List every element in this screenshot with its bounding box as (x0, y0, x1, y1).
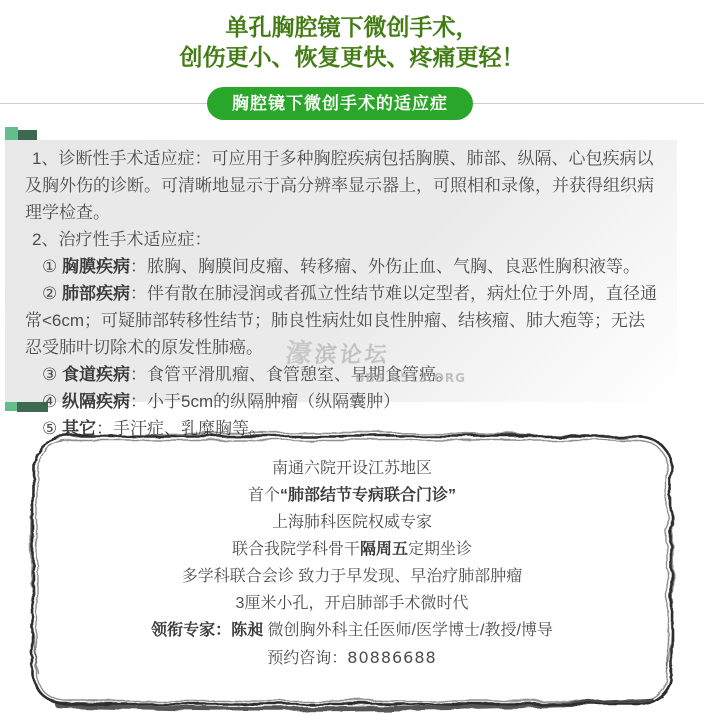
promo-text: 南通六院开设江苏地区 首个“肺部结节专病联合门诊” 上海肺科医院权威专家 联合我… (17, 455, 687, 672)
indication-sub-mediastinum: ④ 纵隔疾病：小于5cm的纵隔肿瘤（纵隔囊肿） (25, 388, 659, 415)
page-title: 单孔胸腔镜下微创手术， 创伤更小、恢复更快、疼痛更轻！ (0, 13, 704, 73)
promo-line-mdt: 多学科联合会诊 致力于早发现、早治疗肺部肿瘤 (17, 563, 687, 590)
promo-line-booking: 预约咨询：80886688 (17, 644, 687, 672)
item-text: ：食管平滑肌瘤、食管憩室、早期食管癌。 (130, 365, 453, 384)
item-label: 纵隔疾病 (62, 392, 130, 411)
indication-diagnostic: 1、诊断性手术适应症：可应用于多种胸腔疾病包括胸膜、肺部、纵隔、心包疾病以及胸外… (25, 145, 659, 226)
item-label: 食道疾病 (62, 365, 130, 384)
item-number: ① (42, 257, 57, 276)
indications-section: 1、诊断性手术适应症：可应用于多种胸腔疾病包括胸膜、肺部、纵隔、心包疾病以及胸外… (0, 127, 704, 417)
page-title-line-2: 创伤更小、恢复更快、疼痛更轻！ (0, 43, 704, 73)
promo-line-incision: 3厘米小孔，开启肺部手术微时代 (17, 590, 687, 617)
indication-sub-esophagus: ③ 食道疾病：食管平滑肌瘤、食管憩室、早期食管癌。 (25, 361, 659, 388)
promo-line-schedule: 联合我院学科骨干隔周五定期坐诊 (17, 536, 687, 563)
promo-line-clinic: 首个“肺部结节专病联合门诊” (17, 482, 687, 509)
indication-sub-pleural: ① 胸膜疾病：脓胸、胸膜间皮瘤、转移瘤、外伤止血、气胸、良恶性胸积液等。 (25, 253, 659, 280)
item-label: 肺部疾病 (62, 284, 130, 303)
indication-therapeutic-heading: 2、治疗性手术适应症： (25, 226, 659, 253)
item-number: ③ (42, 365, 57, 384)
item-text: ：小于5cm的纵隔肿瘤（纵隔囊肿） (130, 392, 400, 411)
promo-line-region: 南通六院开设江苏地区 (17, 455, 687, 482)
booking-phone-number: 80886688 (347, 648, 436, 667)
section-banner: 胸腔镜下微创手术的适应症 (207, 87, 473, 120)
section-banner-row: 胸腔镜下微创手术的适应症 (0, 87, 704, 121)
promo-line-experts: 上海肺科医院权威专家 (17, 509, 687, 536)
item-label: 胸膜疾病 (62, 257, 130, 276)
indications-box: 1、诊断性手术适应症：可应用于多种胸腔疾病包括胸膜、肺部、纵隔、心包疾病以及胸外… (5, 140, 677, 402)
page-title-line-1: 单孔胸腔镜下微创手术， (0, 13, 704, 43)
promo-box: 南通六院开设江苏地区 首个“肺部结节专病联合门诊” 上海肺科医院权威专家 联合我… (17, 424, 687, 720)
promo-line-lead-expert: 领衔专家：陈昶 微创胸外科主任医师/医学博士/教授/博导 (17, 617, 687, 644)
item-text: ：脓胸、胸膜间皮瘤、转移瘤、外伤止血、气胸、良恶性胸积液等。 (130, 257, 640, 276)
item-number: ④ (42, 392, 57, 411)
indication-sub-lung: ② 肺部疾病：伴有散在肺浸润或者孤立性结节难以定型者，病灶位于外周，直径通常<6… (25, 280, 659, 361)
item-number: ② (42, 284, 57, 303)
